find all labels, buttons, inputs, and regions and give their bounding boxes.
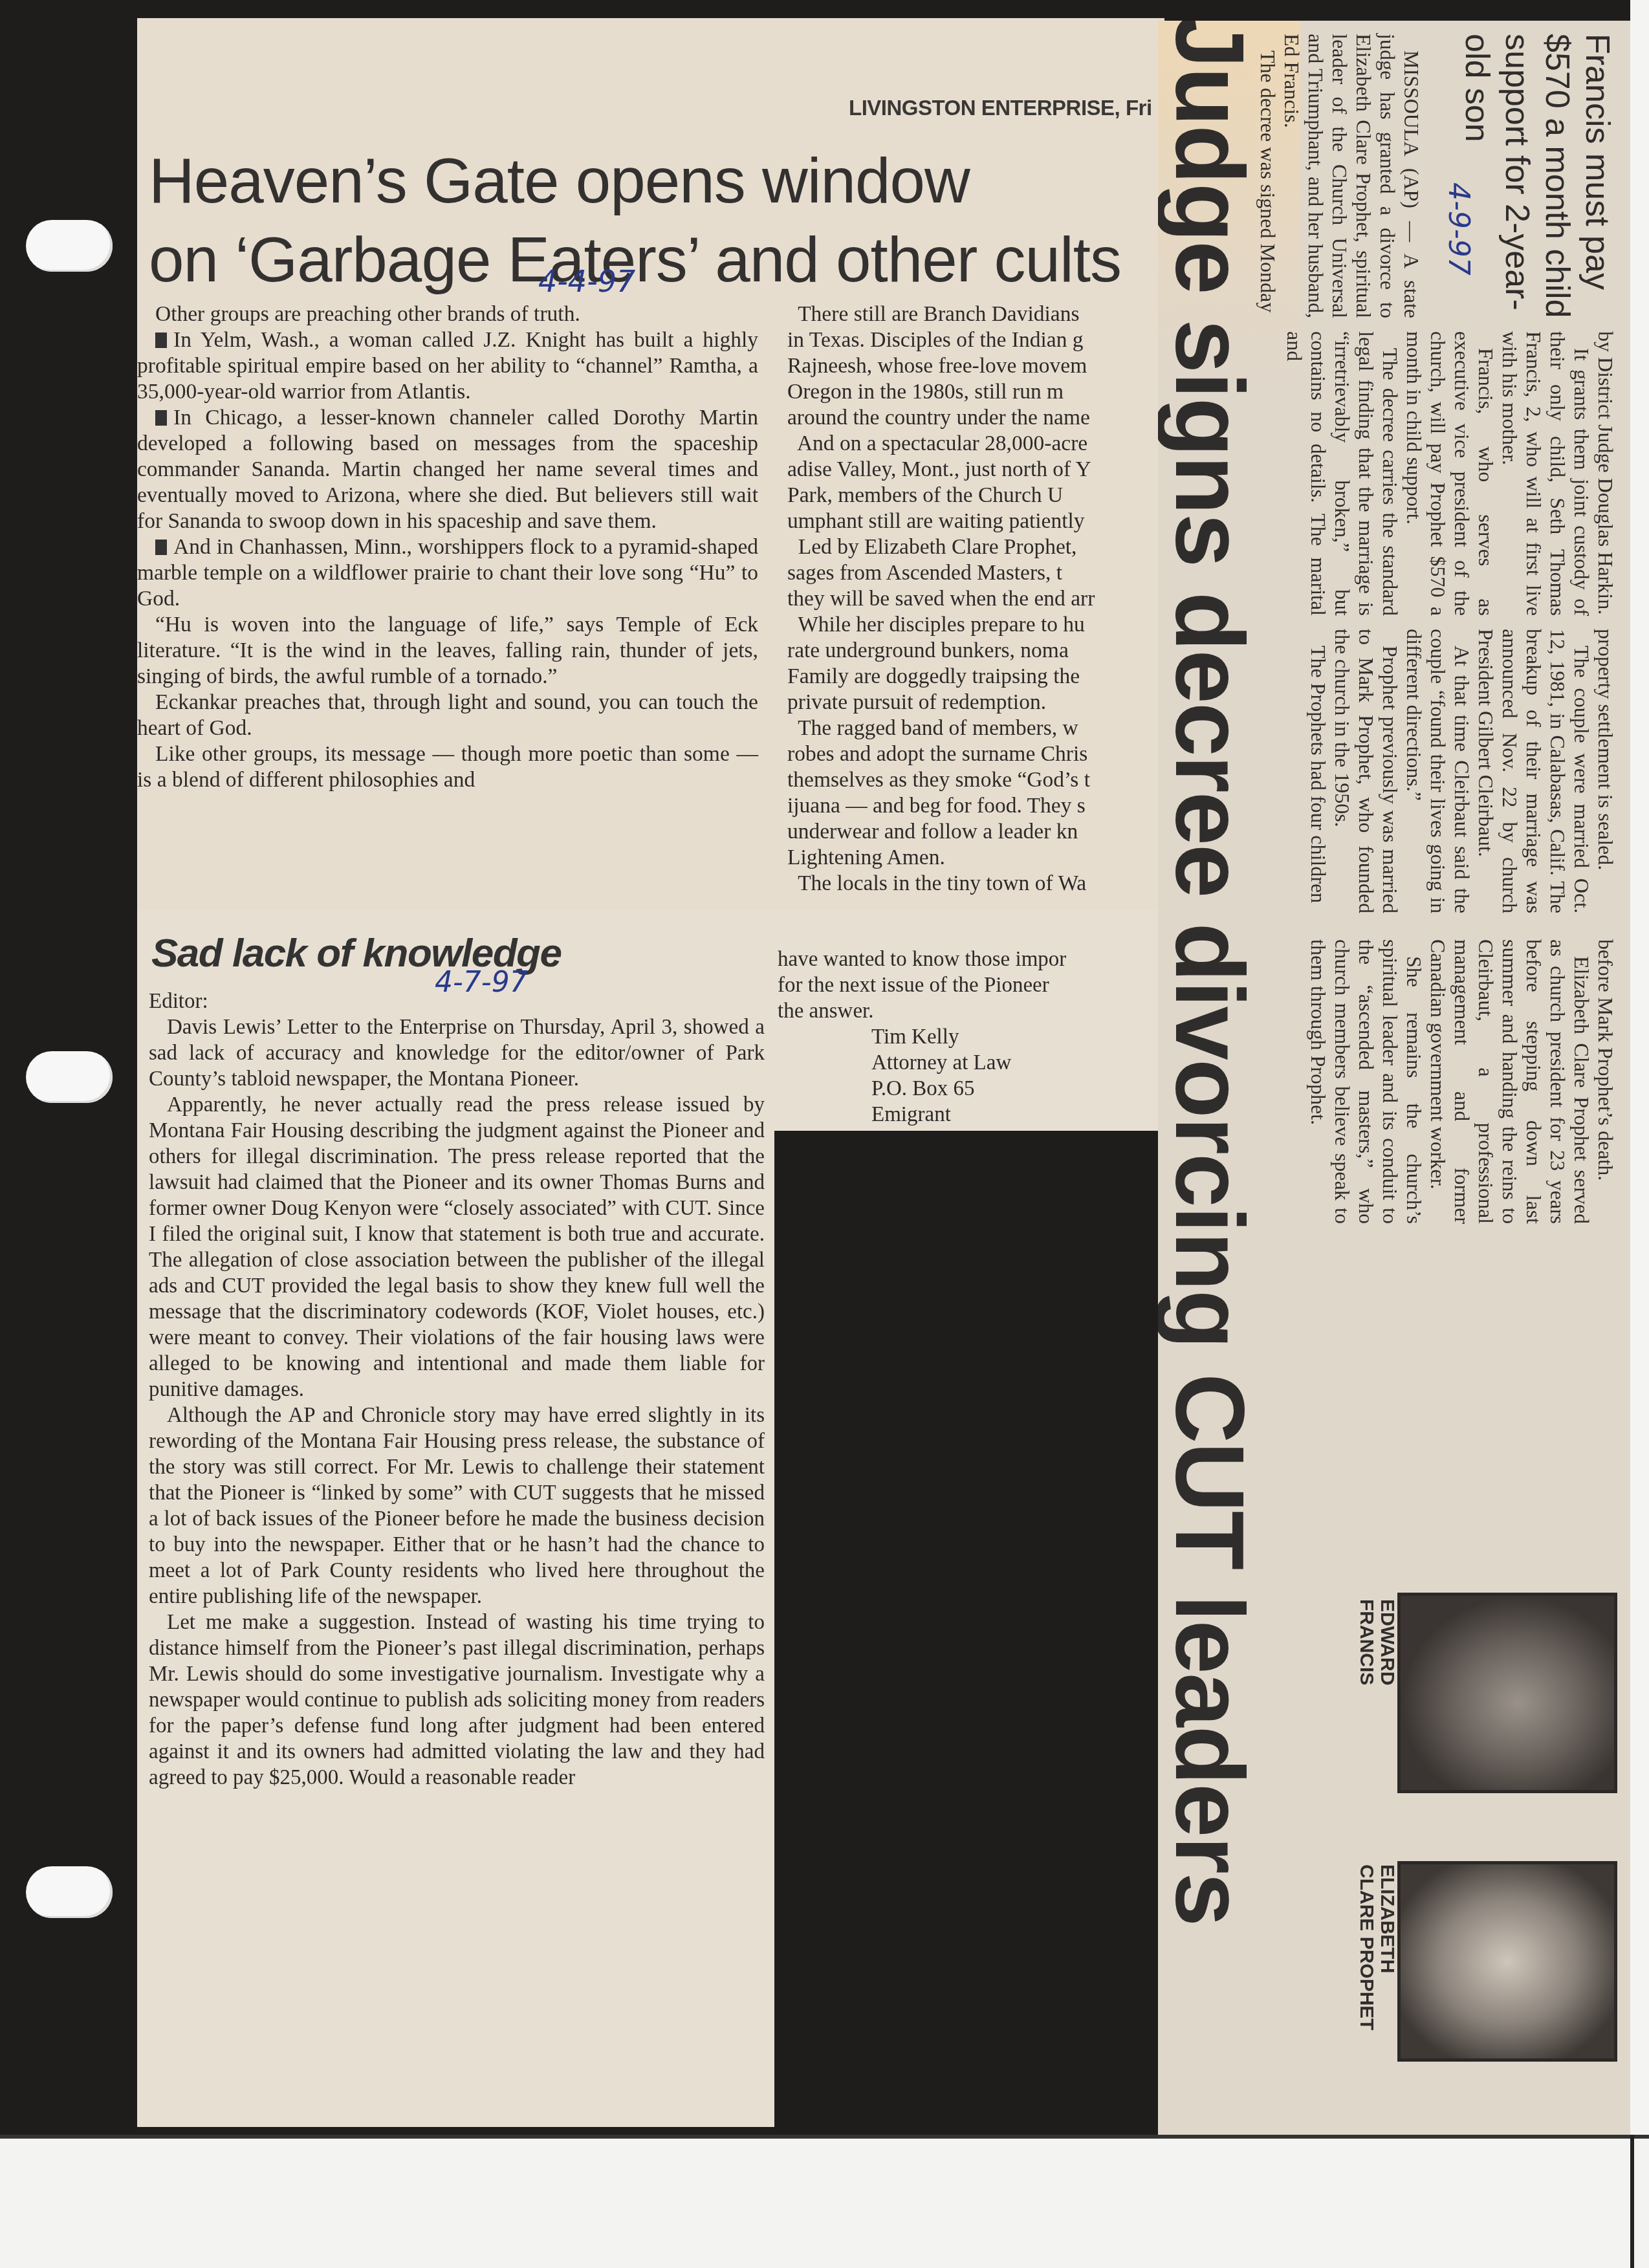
signature-name: Tim Kelly — [778, 1024, 1153, 1050]
signature-city: Emigrant — [778, 1102, 1153, 1128]
article-line: There still are Branch Davidians — [787, 301, 1164, 327]
salutation: Editor: — [149, 988, 765, 1014]
article-headline: Judge signs decree divorcing CUT leaders — [1158, 21, 1261, 1925]
continuation-line: the answer. — [778, 998, 1153, 1024]
article-line: While her disciples prepare to hu — [787, 612, 1164, 638]
scan-right-edge — [1630, 2135, 1634, 2268]
article-subhead: Francis must pay $570 a month child supp… — [1457, 34, 1617, 318]
article-paragraph: In Yelm, Wash., a woman called J.Z. Knig… — [137, 327, 758, 405]
article-line: rate underground bunkers, noma — [787, 638, 1164, 664]
article-line: Oregon in the 1980s, still run m — [787, 379, 1164, 405]
letter-paragraph: Let me make a suggestion. Instead of was… — [149, 1609, 765, 1791]
signature-address: P.O. Box 65 — [778, 1076, 1153, 1102]
article-paragraph: “Hu is woven into the language of life,”… — [137, 612, 758, 690]
binder-hole-middle — [26, 1051, 113, 1103]
article-line: Led by Elizabeth Clare Prophet, — [787, 534, 1164, 560]
article-column-2: by District Judge Douglas Harkin.It gran… — [1282, 331, 1617, 616]
clipping-divorce-decree: Judge signs decree divorcing CUT leaders… — [1158, 21, 1630, 2135]
letter-body: Editor: Davis Lewis’ Letter to the Enter… — [149, 988, 765, 1791]
article-line: The ragged band of members, w — [787, 715, 1164, 741]
continuation-line: for the next issue of the Pioneer — [778, 972, 1153, 998]
caption-line: FRANCIS — [1356, 1599, 1377, 1685]
article-line: private pursuit of redemption. — [787, 690, 1164, 715]
article-paragraph: It grants them joint custody of their on… — [1498, 331, 1593, 616]
article-paragraph: In Chicago, a lesser-known channeler cal… — [137, 405, 758, 534]
clipping-heavens-gate: LIVINGSTON ENTERPRISE, Fri Heaven’s Gate… — [137, 18, 1164, 914]
article-line: umphant still are waiting patiently — [787, 508, 1164, 534]
article-paragraph: MISSOULA (AP) — A state judge has grante… — [1280, 34, 1423, 318]
photo-caption: EDWARD FRANCIS — [1356, 1599, 1397, 1685]
article-column-3: property settlement is sealed.The couple… — [1306, 629, 1617, 913]
article-paragraph: property settlement is sealed. — [1593, 629, 1617, 913]
article-line: they will be saved when the end arr — [787, 586, 1164, 612]
article-line: Lightening Amen. — [787, 845, 1164, 871]
article-line: in Texas. Disciples of the Indian g — [787, 327, 1164, 353]
article-paragraph: Prophet previously was married to Mark P… — [1330, 629, 1402, 913]
article-paragraph: Like other groups, its message — though … — [137, 741, 758, 793]
article-line: And on a spectacular 28,000-acre — [787, 431, 1164, 457]
rotated-article: Judge signs decree divorcing CUT leaders… — [1158, 21, 1630, 2135]
newspaper-source: LIVINGSTON ENTERPRISE, Fri — [849, 96, 1152, 120]
bullet-icon — [155, 333, 167, 348]
signature-title: Attorney at Law — [778, 1050, 1153, 1076]
article-paragraph: by District Judge Douglas Harkin. — [1593, 331, 1617, 616]
handwritten-date: 4-4-97 — [538, 264, 635, 299]
article-line: around the country under the name — [787, 405, 1164, 431]
article-paragraph: The decree carries the standard legal fi… — [1282, 331, 1402, 616]
letter-continuation: have wanted to know those impor for the … — [778, 946, 1153, 1128]
article-line: Rajneesh, whose free-love movem — [787, 353, 1164, 379]
headline-line-1: Heaven’s Gate opens window — [149, 141, 1121, 220]
article-line: underwear and follow a leader kn — [787, 819, 1164, 845]
article-line: The locals in the tiny town of Wa — [787, 871, 1164, 897]
article-column-1: MISSOULA (AP) — A state judge has grante… — [1256, 34, 1423, 318]
article-paragraph: Eckankar preaches that, through light an… — [137, 690, 758, 741]
letter-paragraph: Although the AP and Chronicle story may … — [149, 1402, 765, 1609]
article-paragraph: Other groups are preaching other brands … — [137, 301, 758, 327]
photo-elizabeth-clare-prophet — [1397, 1861, 1617, 2062]
binder-hole-top — [26, 220, 113, 272]
scan-bottom-margin — [0, 2135, 1649, 2268]
article-line: ijuana — and beg for food. They s — [787, 793, 1164, 819]
article-paragraph: The couple were married Oct. 12, 1981, i… — [1474, 629, 1593, 913]
article-line: Family are doggedly traipsing the — [787, 664, 1164, 690]
article-paragraph: Elizabeth Clare Prophet served as church… — [1426, 939, 1593, 1224]
article-line: robes and adopt the surname Chris — [787, 741, 1164, 767]
letter-paragraph: Davis Lewis’ Letter to the Enterprise on… — [149, 1014, 765, 1092]
clipping-letter-right: have wanted to know those impor for the … — [774, 911, 1164, 1131]
handwritten-date: 4-9-97 — [1442, 182, 1475, 276]
bullet-icon — [155, 410, 167, 426]
caption-line: CLARE PROPHET — [1356, 1864, 1377, 2031]
clipping-letter-left: Sad lack of knowledge 4-7-97 Editor: Dav… — [137, 911, 774, 2127]
article-paragraph: At that time Cleirbaut said the couple “… — [1402, 629, 1474, 913]
article-line: sages from Ascended Masters, t — [787, 560, 1164, 586]
article-line: Park, members of the Church U — [787, 483, 1164, 508]
photo-caption: ELIZABETH CLARE PROPHET — [1356, 1864, 1397, 2031]
caption-line: ELIZABETH — [1377, 1864, 1397, 2031]
bullet-icon — [155, 540, 167, 555]
article-paragraph: before Mark Prophet’s death. — [1593, 939, 1617, 1224]
article-line: adise Valley, Mont., just north of Y — [787, 457, 1164, 483]
article-column-right: There still are Branch Davidiansin Texas… — [787, 301, 1164, 897]
article-paragraph: The Prophets had four children — [1306, 629, 1330, 913]
binder-hole-bottom — [26, 1866, 113, 1918]
article-line: themselves as they smoke “God’s t — [787, 767, 1164, 793]
article-paragraph: The decree was signed Monday — [1256, 34, 1280, 318]
article-paragraph: She remains the church’s spiritual leade… — [1306, 939, 1426, 1224]
article-column-4: before Mark Prophet’s death.Elizabeth Cl… — [1306, 939, 1617, 1224]
article-paragraph: And in Chanhassen, Minn., worshippers fl… — [137, 534, 758, 612]
article-paragraph: Francis, who serves as executive vice pr… — [1402, 331, 1498, 616]
caption-line: EDWARD — [1377, 1599, 1397, 1685]
continuation-line: have wanted to know those impor — [778, 946, 1153, 972]
photo-edward-francis — [1397, 1593, 1617, 1793]
letter-paragraph: Apparently, he never actually read the p… — [149, 1092, 765, 1402]
article-column-left: Other groups are preaching other brands … — [137, 301, 758, 793]
